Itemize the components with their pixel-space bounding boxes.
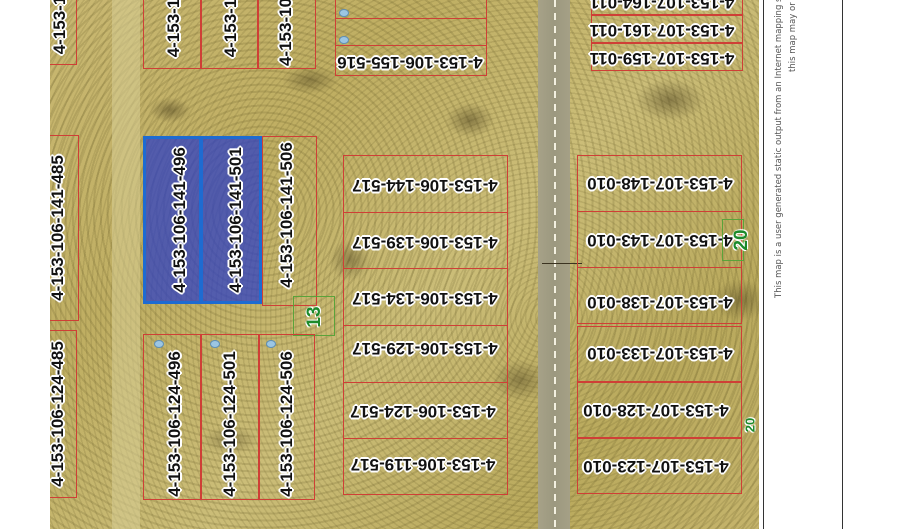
parcel-label[interactable]: 4-153-107-133-010 — [587, 343, 733, 363]
parcel-label[interactable]: 4-153-106-141-485 — [50, 155, 68, 301]
parcel-label[interactable]: 4-153-1 — [221, 0, 241, 57]
road-marker-line — [542, 263, 582, 264]
parcel-label[interactable]: 4-153-106-124-506 — [277, 351, 297, 497]
parcel-label[interactable]: 4-153-107-148-010 — [587, 173, 733, 193]
parcel-boundary[interactable] — [335, 0, 487, 19]
parcel-label[interactable]: 4-153-106-155-516 — [337, 52, 483, 72]
parcel-label[interactable]: 4-153-106-141-496 — [170, 147, 190, 293]
road-center-line — [554, 0, 556, 529]
parcel-label[interactable]: 4-153-107-138-010 — [587, 292, 733, 312]
disclaimer-panel: This map is a user generated static outp… — [763, 0, 843, 529]
parcel-marker-icon — [266, 340, 276, 348]
disclaimer-text: This map is a user generated static outp… — [774, 0, 784, 298]
section-number: 13 — [304, 306, 326, 327]
parcel-marker-icon — [154, 340, 164, 348]
parcel-marker-icon — [339, 36, 349, 44]
parcel-label[interactable]: 4-153-1 — [50, 0, 70, 54]
section-number: 20 — [743, 418, 758, 432]
parcel-label[interactable]: 4-153-106-124-501 — [220, 351, 240, 497]
parcel-label[interactable]: 4-153-106-144-517 — [352, 175, 498, 195]
parcel-map[interactable]: 4-153-1 4-153-1 4-153-1 4-153-10 4-153-1… — [50, 0, 759, 529]
parcel-label[interactable]: 4-153-106-119-517 — [351, 454, 496, 474]
parcel-label[interactable]: 4-153-107-143-010 — [587, 230, 733, 250]
parcel-label[interactable]: 4-153-106-129-517 — [352, 338, 498, 358]
disclaimer-text: this map may or may — [788, 0, 798, 72]
parcel-label[interactable]: 4-153-106-141-506 — [277, 142, 297, 288]
parcel-label[interactable]: 4-153-107-164-011 — [590, 0, 735, 12]
parcel-label[interactable]: 4-153-106-141-501 — [226, 147, 246, 293]
parcel-label[interactable]: 4-153-107-161-011 — [590, 20, 735, 40]
parcel-label[interactable]: 4-153-10 — [276, 0, 296, 66]
parcel-label[interactable]: 4-153-106-124-485 — [50, 341, 68, 487]
parcel-label[interactable]: 4-153-106-124-517 — [350, 401, 496, 421]
section-number: 20 — [731, 229, 753, 250]
parcel-label[interactable]: 4-153-107-123-010 — [583, 456, 729, 476]
parcel-label[interactable]: 4-153-106-134-517 — [352, 288, 498, 308]
parcel-label[interactable]: 4-153-1 — [164, 0, 184, 57]
parcel-label[interactable]: 4-153-106-124-496 — [165, 351, 185, 497]
parcel-label[interactable]: 4-153-107-128-010 — [583, 400, 729, 420]
parcel-label[interactable]: 4-153-107-159-011 — [590, 48, 735, 68]
parcel-boundary[interactable] — [335, 18, 487, 46]
parcel-marker-icon — [210, 340, 220, 348]
dirt-track — [112, 0, 140, 529]
parcel-label[interactable]: 4-153-106-139-517 — [352, 232, 498, 252]
parcel-marker-icon — [339, 9, 349, 17]
